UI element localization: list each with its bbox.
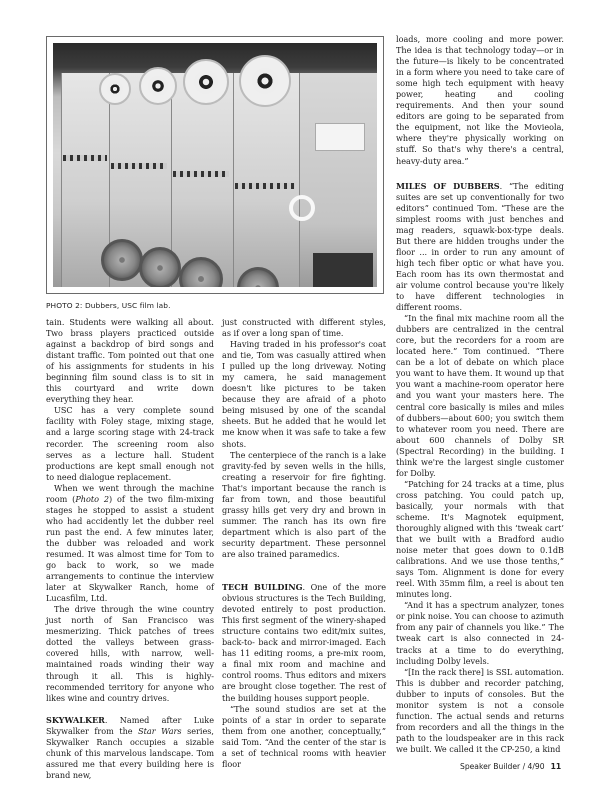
reel-icon xyxy=(183,59,229,105)
photo-caption: PHOTO 2: Dubbers, USC film lab. xyxy=(46,301,171,310)
dubbers-photo xyxy=(53,43,377,287)
paragraph: “[In the rack there] is SSL automation. … xyxy=(396,667,564,755)
article-column-left: tain. Students were walking all about. T… xyxy=(46,317,214,781)
rack xyxy=(171,73,235,287)
reel-icon xyxy=(99,73,131,105)
controls xyxy=(235,183,295,189)
paragraph: “Patching for 24 tracks at a time, plus … xyxy=(396,479,564,601)
paragraph: “In the final mix machine room all the d… xyxy=(396,313,564,479)
paragraph: “The sound studios are set at the points… xyxy=(222,704,386,770)
paragraph: USC has a very complete sound facility w… xyxy=(46,405,214,482)
section-heading: SKYWALKER xyxy=(46,715,105,725)
page-number: 11 xyxy=(551,762,562,771)
controls xyxy=(111,163,167,169)
reel-icon xyxy=(139,67,177,105)
article-column-middle: just constructed with different styles, … xyxy=(222,317,386,770)
photo-frame xyxy=(46,36,384,294)
panel-label xyxy=(315,123,365,151)
section-tech-building: TECH BUILDING. One of the more obvious s… xyxy=(222,582,386,704)
paragraph: The drive through the wine country just … xyxy=(46,604,214,703)
ring-icon xyxy=(289,195,315,221)
film-title: Star Wars xyxy=(138,726,181,736)
paragraph: When we went through the machine room (P… xyxy=(46,483,214,605)
paragraph: The centerpiece of the ranch is a lake g… xyxy=(222,450,386,560)
controls xyxy=(63,155,107,161)
section-heading: TECH BUILDING xyxy=(222,582,303,592)
article-column-right: loads, more cooling and more power. The … xyxy=(396,34,564,755)
reel-icon xyxy=(139,247,181,287)
section-heading: MILES OF DUBBERS xyxy=(396,181,500,191)
reel-icon xyxy=(239,55,291,107)
photo-reference: Photo 2 xyxy=(75,494,109,504)
section-miles-of-dubbers: MILES OF DUBBERS. “The editing suites ar… xyxy=(396,181,564,314)
section-skywalker: SKYWALKER. Named after Luke Skywalker fr… xyxy=(46,715,214,781)
paragraph: just constructed with different styles, … xyxy=(222,317,386,339)
paragraph: “And it has a spectrum analyzer, tones o… xyxy=(396,600,564,666)
page-footer: Speaker Builder / 4/9011 xyxy=(460,762,561,771)
paragraph: tain. Students were walking all about. T… xyxy=(46,317,214,405)
shadow xyxy=(313,253,373,287)
paragraph: loads, more cooling and more power. The … xyxy=(396,34,564,167)
paragraph: Having traded in his professor's coat an… xyxy=(222,339,386,449)
controls xyxy=(173,171,229,177)
reel-icon xyxy=(101,239,143,281)
publication-name: Speaker Builder / 4/90 xyxy=(460,762,545,771)
